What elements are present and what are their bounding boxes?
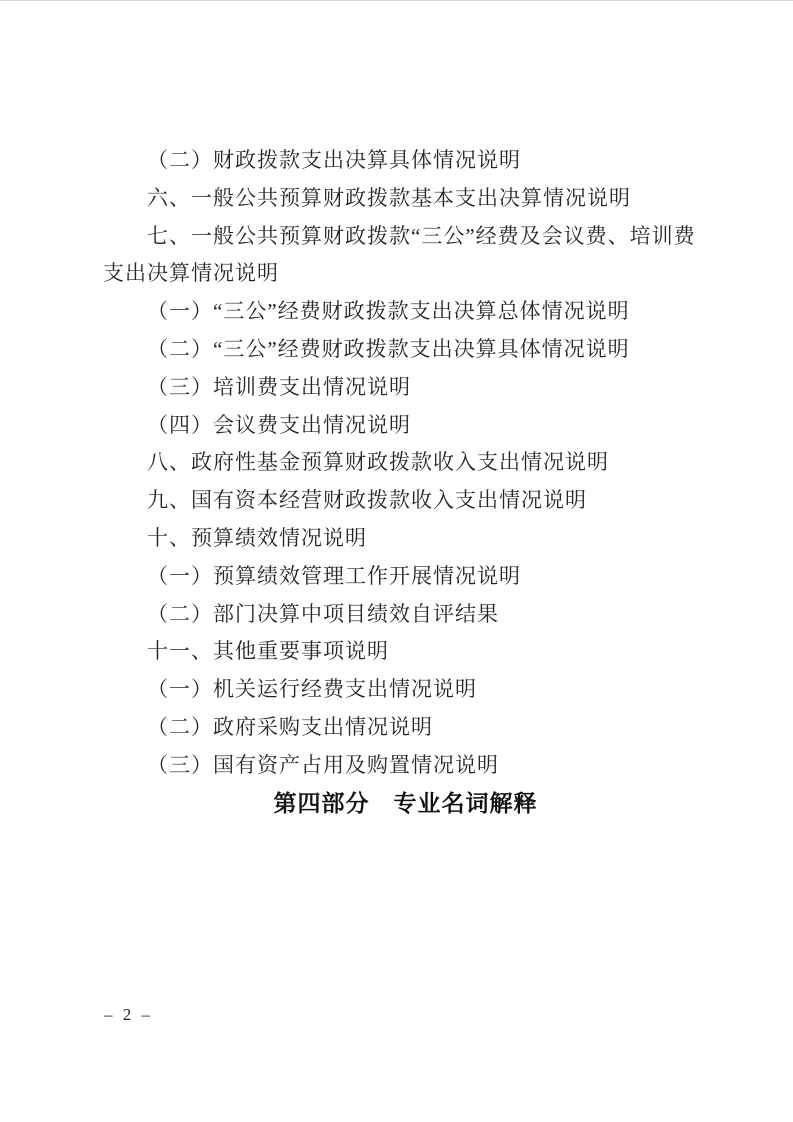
toc-line-continuation: 支出决算情况说明 [103, 255, 708, 293]
toc-line: （一）机关运行经费支出情况说明 [103, 671, 708, 709]
toc-line: 十一、其他重要事项说明 [103, 633, 708, 671]
toc-line: （三）培训费支出情况说明 [103, 369, 708, 407]
toc-line: （二）政府采购支出情况说明 [103, 709, 708, 747]
page-number: – 2 – [104, 1005, 153, 1024]
toc-line: （二）“三公”经费财政拨款支出决算具体情况说明 [103, 331, 708, 369]
section-title: 第四部分 专业名词解释 [103, 785, 708, 823]
toc-line: （二）财政拨款支出决算具体情况说明 [103, 142, 708, 180]
toc-line: （一）“三公”经费财政拨款支出决算总体情况说明 [103, 293, 708, 331]
toc-line: （四）会议费支出情况说明 [103, 407, 708, 445]
toc-line: 八、政府性基金预算财政拨款收入支出情况说明 [103, 444, 708, 482]
toc-line: （三）国有资产占用及购置情况说明 [103, 747, 708, 785]
document-page: （二）财政拨款支出决算具体情况说明 六、一般公共预算财政拨款基本支出决算情况说明… [0, 0, 793, 1122]
toc-line: （一）预算绩效管理工作开展情况说明 [103, 558, 708, 596]
toc-line: 七、一般公共预算财政拨款“三公”经费及会议费、培训费 [103, 218, 708, 256]
table-of-contents: （二）财政拨款支出决算具体情况说明 六、一般公共预算财政拨款基本支出决算情况说明… [103, 142, 708, 822]
page-footer: – 2 – [104, 1005, 153, 1025]
toc-line: 九、国有资本经营财政拨款收入支出情况说明 [103, 482, 708, 520]
toc-line: 十、预算绩效情况说明 [103, 520, 708, 558]
toc-line: 六、一般公共预算财政拨款基本支出决算情况说明 [103, 180, 708, 218]
toc-line: （二）部门决算中项目绩效自评结果 [103, 596, 708, 634]
